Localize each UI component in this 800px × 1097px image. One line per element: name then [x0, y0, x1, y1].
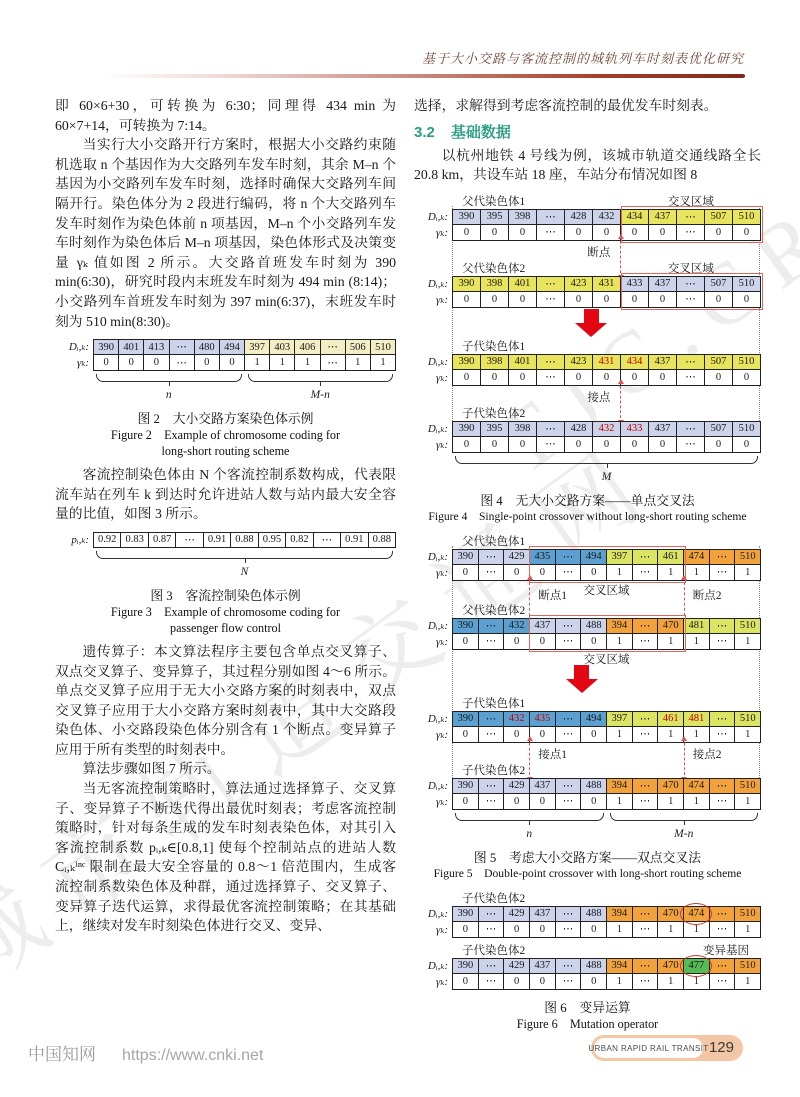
- gene-cell: ⋯: [710, 549, 736, 565]
- gene-cell: 488: [581, 958, 607, 974]
- row-label-column: Dᵢ,ₖ:γₖ:: [55, 339, 93, 371]
- chromosome-title-row: 子代染色体1: [414, 695, 761, 711]
- gene-cell: 0: [119, 355, 144, 371]
- gene-cell: 0: [705, 370, 733, 386]
- gene-cell: 0: [581, 922, 607, 938]
- gene-cell: 507: [705, 354, 733, 370]
- gene-cell: ⋯: [537, 421, 565, 437]
- chromosome-row: 390⋯429437⋯488394⋯470477⋯510: [452, 958, 761, 974]
- gene-cell: 1: [295, 355, 320, 371]
- gene-cell: 390: [452, 958, 479, 974]
- gene-cell: 0: [509, 370, 537, 386]
- gene-cell: 0: [649, 225, 677, 241]
- gene-cell: 0.92: [93, 532, 121, 548]
- brace-m-n: M-n: [607, 813, 762, 840]
- gene-cell: 1: [684, 727, 710, 743]
- gene-cell: 390: [452, 711, 479, 727]
- gene-cell: ⋯: [479, 549, 505, 565]
- chromosome-title-row: 父代染色体2: [414, 602, 761, 618]
- row-label: γₖ:: [414, 634, 452, 650]
- gene-cell: 480: [195, 339, 220, 355]
- gene-cell: 0: [733, 292, 761, 308]
- mutated-gene-label: 变异基因: [703, 942, 749, 958]
- gene-cell: 0: [452, 565, 479, 581]
- gene-cell: ⋯: [479, 922, 505, 938]
- gene-cell: ⋯: [479, 778, 505, 794]
- gene-cell: ⋯: [677, 421, 705, 437]
- row-label: Dᵢ,ₖ:: [414, 778, 452, 794]
- gene-cell: 431: [593, 276, 621, 292]
- body-paragraph: 客流控制染色体由 N 个客流控制系数构成，代表限流车站在列车 k 到达时允许进站…: [55, 465, 396, 524]
- gene-cell: 1: [270, 355, 295, 371]
- gene-cell: 0: [504, 634, 530, 650]
- gene-cell: ⋯: [479, 711, 505, 727]
- gene-cell: 1: [607, 565, 633, 581]
- cnki-site-name: 中国知网: [28, 1045, 96, 1064]
- chromosome-label: 子代染色体2: [462, 890, 525, 906]
- annotation-gap: 断点: [414, 241, 761, 260]
- gene-cell: 510: [735, 549, 761, 565]
- gene-cell: 0: [621, 437, 649, 453]
- chromosome-row: 000⋯00111⋯11: [93, 355, 396, 371]
- chromosome-label: 子代染色体1: [462, 695, 525, 711]
- gene-cell: 474: [684, 906, 710, 922]
- row-label: γₖ:: [414, 727, 452, 743]
- gene-cell: 395: [481, 209, 509, 225]
- gene-cell: 394: [607, 778, 633, 794]
- gene-cell: 0: [705, 225, 733, 241]
- gene-cell: ⋯: [710, 794, 736, 810]
- gene-cell: 390: [452, 618, 479, 634]
- chromosome-title-row: 父代染色体1 交叉区域: [414, 193, 761, 209]
- figure-caption: 图 6 变异运算 Figure 6 Mutation operator: [414, 997, 761, 1032]
- gene-cell: ⋯: [556, 974, 582, 990]
- big-down-arrow: [575, 309, 607, 337]
- row-label-column: Dᵢ,ₖ:γₖ:: [414, 778, 452, 810]
- gene-cell: 0: [593, 292, 621, 308]
- caption-en: Figure 3 Example of chromosome coding fo…: [55, 604, 396, 620]
- chromosome-table: Dᵢ,ₖ:γₖ:390⋯429437⋯488394⋯470474⋯5100⋯00…: [414, 778, 761, 810]
- annotation-gap: 接点1 接点2: [414, 743, 761, 762]
- gene-cell: 1: [607, 634, 633, 650]
- row-label: γₖ:: [414, 225, 452, 241]
- gene-cell: 510: [733, 354, 761, 370]
- brace-row: n M-n: [93, 374, 396, 401]
- gene-cell: 0: [530, 634, 556, 650]
- body-paragraph: 选择，求解得到考虑客流控制的最优发车时刻表。: [414, 96, 761, 116]
- gene-cell: 0: [481, 292, 509, 308]
- row-label: Dᵢ,ₖ:: [414, 958, 452, 974]
- gene-cells: 0.920.830.87⋯0.910.880.950.82⋯0.910.88: [93, 532, 396, 548]
- gene-cell: 1: [371, 355, 396, 371]
- gene-cell: 0: [733, 370, 761, 386]
- figure-caption: 图 3 客流控制染色体示例 Figure 3 Example of chromo…: [55, 585, 396, 636]
- gene-cell: 0: [581, 565, 607, 581]
- breakpoint2-label: 断点2: [693, 587, 722, 603]
- chromosome-row: 0⋯00⋯01⋯11⋯1: [452, 922, 761, 938]
- gene-cell: 474: [684, 549, 710, 565]
- body-paragraph: 以杭州地铁 4 号线为例，该城市轨道交通线路全长 20.8 km，共设车站 18…: [414, 146, 761, 185]
- gene-cell: 1: [346, 355, 371, 371]
- gene-cell: 0: [581, 974, 607, 990]
- gene-cell: ⋯: [556, 778, 582, 794]
- gene-cell: 1: [658, 565, 684, 581]
- row-label: Dᵢ,ₖ:: [414, 209, 452, 225]
- gene-cell: 403: [270, 339, 295, 355]
- gene-cell: 510: [733, 276, 761, 292]
- section-heading: 3.2基础数据: [414, 121, 761, 142]
- gene-cell: 494: [581, 549, 607, 565]
- gene-cell: 0: [705, 292, 733, 308]
- gene-cell: 437: [530, 778, 556, 794]
- caption-en: Figure 5 Double-point crossover with lon…: [414, 866, 761, 882]
- gene-cell: 435: [530, 711, 556, 727]
- figure-2: Dᵢ,ₖ:γₖ:390401413⋯480494397403406⋯506510…: [55, 339, 396, 459]
- gene-cell: ⋯: [710, 958, 736, 974]
- page: { "header": { "title": "基于大小交路与客流控制的城轨列车…: [0, 0, 800, 1097]
- brace-label: M-n: [248, 389, 394, 401]
- gene-cell: 423: [565, 276, 593, 292]
- chromosome-table: Dᵢ,ₖ:γₖ:390⋯432437⋯488394⋯470481⋯5100⋯00…: [414, 618, 761, 650]
- gene-cell: 510: [371, 339, 396, 355]
- caption-en: long-short routing scheme: [55, 443, 396, 459]
- row-label: γₖ:: [414, 974, 452, 990]
- gene-cell: 0: [195, 355, 220, 371]
- chromosome-title-row: 子代染色体2 变异基因: [414, 938, 761, 958]
- row-label: Dᵢ,ₖ:: [414, 711, 452, 727]
- figure-caption: 图 5 考虑大小交路方案——双点交叉法 Figure 5 Double-poin…: [414, 847, 761, 882]
- gene-cell: 437: [649, 276, 677, 292]
- row-label: Dᵢ,ₖ:: [414, 276, 452, 292]
- gene-cell: ⋯: [633, 549, 659, 565]
- gene-cell: 429: [504, 958, 530, 974]
- gene-cell: 395: [481, 421, 509, 437]
- row-label-column: Dᵢ,ₖ:γₖ:: [414, 421, 452, 453]
- mutation-circle: [680, 903, 712, 925]
- gene-cell: ⋯: [537, 225, 565, 241]
- gene-cell: ⋯: [556, 711, 582, 727]
- gene-cell: 435: [530, 549, 556, 565]
- gene-cell: 406: [295, 339, 320, 355]
- journal-badge: URBAN RAPID RAIL TRANSIT 129: [591, 1035, 743, 1061]
- crossover-arrow-row: [414, 665, 761, 695]
- gene-cell: 0: [581, 794, 607, 810]
- gene-cell: ⋯: [556, 618, 582, 634]
- gene-cell: ⋯: [710, 922, 736, 938]
- row-label-column: pᵢ,ₖ:: [55, 532, 93, 548]
- gene-cell: 0: [504, 794, 530, 810]
- gene-cell: 0: [649, 437, 677, 453]
- gene-cell: 0: [452, 974, 479, 990]
- brace-shape: [96, 551, 393, 559]
- gene-cell: 510: [735, 711, 761, 727]
- chromosome-row: 0⋯00⋯01⋯11⋯1: [452, 634, 761, 650]
- right-column: 选择，求解得到考虑客流控制的最优发车时刻表。 3.2基础数据 以杭州地铁 4 号…: [414, 96, 761, 1038]
- cnki-site-url[interactable]: https://www.cnki.net: [122, 1047, 263, 1064]
- gene-cell: 0: [530, 974, 556, 990]
- brace-label: n: [455, 828, 604, 840]
- crossover-region-label: 交叉区域: [668, 193, 714, 209]
- gene-cell: 0: [581, 634, 607, 650]
- gene-cell: ⋯: [633, 778, 659, 794]
- gene-cell: 390: [452, 354, 481, 370]
- gene-cells: 390⋯429437⋯488394⋯470477⋯5100⋯00⋯01⋯11⋯1: [452, 958, 761, 990]
- gene-cell: 481: [684, 711, 710, 727]
- gene-cell: ⋯: [677, 370, 705, 386]
- row-label-column: Dᵢ,ₖ:γₖ:: [414, 549, 452, 581]
- gene-cell: 0.88: [369, 532, 396, 548]
- gene-cell: 437: [530, 958, 556, 974]
- annotation-gap: 接点: [414, 386, 761, 405]
- gene-cell: 429: [504, 549, 530, 565]
- gene-cell: ⋯: [633, 634, 659, 650]
- figure-6: 子代染色体2 Dᵢ,ₖ:γₖ:390⋯429437⋯488394⋯470474⋯…: [414, 890, 761, 1032]
- gene-cell: 401: [119, 339, 144, 355]
- section-number: 3.2: [414, 124, 435, 141]
- gene-cell: 0: [452, 225, 481, 241]
- gene-cell: 1: [735, 794, 761, 810]
- body-paragraph: 遗传算子：本文算法程序主要包含单点交叉算子、双点交叉算子、变异算子，其过程分别如…: [55, 642, 396, 760]
- row-label: γₖ:: [414, 370, 452, 386]
- gene-cell: ⋯: [170, 355, 195, 371]
- gene-cell: ⋯: [633, 974, 659, 990]
- gene-cells: 390⋯432437⋯488394⋯470481⋯5100⋯00⋯01⋯11⋯1: [452, 618, 761, 650]
- breakpoint1-label: 断点1: [538, 587, 567, 603]
- gene-cell: 390: [452, 906, 479, 922]
- page-number: 129: [709, 1035, 734, 1061]
- row-label: Dᵢ,ₖ:: [414, 421, 452, 437]
- row-label: Dᵢ,ₖ:: [414, 618, 452, 634]
- chromosome-row: 000⋯0000⋯00: [452, 225, 761, 241]
- gene-cell: 1: [735, 727, 761, 743]
- gene-cell: 510: [735, 618, 761, 634]
- chromosome-row: 000⋯0000⋯00: [452, 437, 761, 453]
- gene-cell: 0: [581, 727, 607, 743]
- chromosome-label: 子代染色体2: [462, 405, 525, 421]
- gene-cell: ⋯: [556, 727, 582, 743]
- gene-cell: ⋯: [479, 618, 505, 634]
- chromosome-table: Dᵢ,ₖ:γₖ:390⋯432435⋯494397⋯461481⋯5100⋯00…: [414, 711, 761, 743]
- row-label-column: Dᵢ,ₖ:γₖ:: [414, 906, 452, 938]
- gene-cell: 510: [735, 778, 761, 794]
- caption-zh: 图 5 考虑大小交路方案——双点交叉法: [414, 847, 761, 866]
- row-label: γₖ:: [414, 922, 452, 938]
- gene-cell: ⋯: [633, 565, 659, 581]
- gene-cell: 433: [621, 276, 649, 292]
- gene-cell: ⋯: [537, 370, 565, 386]
- gene-cell: 1: [735, 565, 761, 581]
- chromosome-table: Dᵢ,ₖ:γₖ:390⋯429435⋯494397⋯461474⋯5100⋯00…: [414, 549, 761, 581]
- gene-cell: 0: [593, 370, 621, 386]
- gene-cell: ⋯: [556, 906, 582, 922]
- gene-cell: 0: [565, 292, 593, 308]
- caption-zh: 图 2 大小交路方案染色体示例: [55, 408, 396, 427]
- gene-cell: 0: [481, 437, 509, 453]
- gene-cell: 1: [607, 794, 633, 810]
- row-label: pᵢ,ₖ:: [55, 532, 93, 548]
- chromosome-row: 0.920.830.87⋯0.910.880.950.82⋯0.910.88: [93, 532, 396, 548]
- journal-name: URBAN RAPID RAIL TRANSIT: [588, 1044, 708, 1053]
- chromosome-title-row: 子代染色体1: [414, 338, 761, 354]
- header-rule: [100, 74, 745, 78]
- gene-cells: 390⋯429435⋯494397⋯461474⋯5100⋯00⋯01⋯11⋯1: [452, 549, 761, 581]
- gene-cell: 397: [607, 711, 633, 727]
- gene-cell: 398: [509, 209, 537, 225]
- chromosome-row: 390398401⋯423431433437⋯507510: [452, 276, 761, 292]
- gene-cell: ⋯: [479, 906, 505, 922]
- gene-cells: 390395398⋯428432433437⋯507510000⋯0000⋯00: [452, 421, 761, 453]
- gene-cell: 507: [705, 421, 733, 437]
- gene-cell: 398: [509, 421, 537, 437]
- gene-cells: 390401413⋯480494397403406⋯506510000⋯0011…: [93, 339, 396, 371]
- gene-cell: 0: [504, 922, 530, 938]
- chromosome-label: 父代染色体1: [462, 533, 525, 549]
- gene-cell: ⋯: [556, 565, 582, 581]
- gene-cell: ⋯: [710, 778, 736, 794]
- gene-cell: ⋯: [710, 565, 736, 581]
- gene-cell: 0: [452, 370, 481, 386]
- brace-n: n: [93, 374, 245, 401]
- gene-cell: 428: [565, 421, 593, 437]
- gene-cell: 390: [452, 549, 479, 565]
- gene-cell: 506: [346, 339, 371, 355]
- gene-cell: 397: [245, 339, 270, 355]
- left-column: 即 60×6+30，可转换为 6:30；同理得 434 min 为 60×7+1…: [55, 96, 396, 936]
- gene-cell: 0: [733, 437, 761, 453]
- chromosome-table: Dᵢ,ₖ:γₖ:390395398⋯428432434437⋯507510000…: [414, 209, 761, 241]
- brace-shape: [455, 813, 604, 821]
- row-label-column: Dᵢ,ₖ:γₖ:: [414, 958, 452, 990]
- chromosome-table: pᵢ,ₖ:0.920.830.87⋯0.910.880.950.82⋯0.910…: [55, 532, 396, 548]
- gene-cell: 507: [705, 276, 733, 292]
- gene-cell: 437: [530, 906, 556, 922]
- brace-row: N: [93, 551, 396, 578]
- gene-cell: ⋯: [633, 794, 659, 810]
- gene-cell: 0.83: [121, 532, 148, 548]
- gene-cell: ⋯: [479, 974, 505, 990]
- gene-cell: 477: [684, 958, 710, 974]
- gene-cell: 0: [452, 437, 481, 453]
- gene-cell: ⋯: [537, 354, 565, 370]
- gene-cell: 437: [649, 354, 677, 370]
- gene-cell: 0: [509, 292, 537, 308]
- gene-cell: ⋯: [677, 209, 705, 225]
- chromosome-row: 390395398⋯428432433437⋯507510: [452, 421, 761, 437]
- gene-cell: 0.91: [341, 532, 368, 548]
- crossover-region-label: 交叉区域: [668, 260, 714, 276]
- gene-cell: 1: [658, 974, 684, 990]
- gene-cell: 0.88: [231, 532, 258, 548]
- chromosome-title-row: 子代染色体2: [414, 762, 761, 778]
- gene-cell: ⋯: [677, 292, 705, 308]
- gene-cell: 0: [565, 437, 593, 453]
- gene-cell: 423: [565, 354, 593, 370]
- gene-cell: ⋯: [556, 922, 582, 938]
- figure-4: 父代染色体1 交叉区域 Dᵢ,ₖ:γₖ:390395398⋯4284324344…: [414, 193, 761, 525]
- gene-cell: 510: [735, 958, 761, 974]
- chromosome-row: 390401413⋯480494397403406⋯506510: [93, 339, 396, 355]
- gene-cell: 0: [452, 634, 479, 650]
- gene-cell: ⋯: [677, 276, 705, 292]
- gene-cell: 461: [658, 711, 684, 727]
- gene-cell: 0: [504, 974, 530, 990]
- gene-cell: 432: [593, 421, 621, 437]
- row-label: γₖ:: [414, 437, 452, 453]
- gene-cell: ⋯: [556, 634, 582, 650]
- gene-cell: 394: [607, 618, 633, 634]
- gene-cell: 1: [684, 794, 710, 810]
- caption-en: passenger flow control: [55, 620, 396, 636]
- gene-cell: 494: [220, 339, 245, 355]
- row-label-column: Dᵢ,ₖ:γₖ:: [414, 711, 452, 743]
- chromosome-table: Dᵢ,ₖ:γₖ:390401413⋯480494397403406⋯506510…: [55, 339, 396, 371]
- gene-cell: 0.87: [149, 532, 176, 548]
- cnki-footer: 中国知网https://www.cnki.net: [28, 1040, 263, 1065]
- gene-cell: ⋯: [633, 906, 659, 922]
- gene-cell: 0: [144, 355, 169, 371]
- caption-en: Figure 2 Example of chromosome coding fo…: [55, 427, 396, 443]
- gene-cell: ⋯: [321, 355, 346, 371]
- gene-cell: 0: [705, 437, 733, 453]
- gene-cell: 390: [93, 339, 119, 355]
- gene-cell: 470: [658, 618, 684, 634]
- gene-cell: ⋯: [710, 618, 736, 634]
- gene-cells: 390398401⋯423431434437⋯507510000⋯0000⋯00: [452, 354, 761, 386]
- gene-cell: 488: [581, 618, 607, 634]
- gene-cell: 0: [649, 370, 677, 386]
- gene-cell: 1: [658, 794, 684, 810]
- gene-cell: ⋯: [633, 711, 659, 727]
- gene-cells: 390398401⋯423431433437⋯507510000⋯0000⋯00: [452, 276, 761, 308]
- gene-cell: 390: [452, 421, 481, 437]
- gene-cell: 0: [621, 370, 649, 386]
- chromosome-title-row: 父代染色体1: [414, 533, 761, 549]
- gene-cell: 390: [452, 209, 481, 225]
- gene-cell: ⋯: [314, 532, 341, 548]
- gene-cells: 390395398⋯428432434437⋯507510000⋯0000⋯00: [452, 209, 761, 241]
- brace-n: n: [452, 813, 607, 840]
- annotation-gap: 断点1 交叉区域 断点2: [414, 581, 761, 602]
- gene-cell: 0: [530, 922, 556, 938]
- running-title: 基于大小交路与客流控制的城轨列车时刻表优化研究: [422, 48, 744, 67]
- chromosome-table: Dᵢ,ₖ:γₖ:390⋯429437⋯488394⋯470474⋯5100⋯00…: [414, 906, 761, 938]
- brace-m-n: M-n: [245, 374, 397, 401]
- gene-cells: 390⋯429437⋯488394⋯470474⋯5100⋯00⋯01⋯11⋯1: [452, 778, 761, 810]
- crossover-arrow-row: [414, 308, 761, 338]
- section-title: 基础数据: [451, 124, 511, 141]
- chromosome-row: 0⋯00⋯01⋯11⋯1: [452, 565, 761, 581]
- gene-cell: 437: [649, 421, 677, 437]
- brace-M: M: [452, 456, 761, 483]
- gene-cell: ⋯: [710, 974, 736, 990]
- chromosome-label: 父代染色体2: [462, 602, 525, 618]
- gene-cell: 494: [581, 711, 607, 727]
- chromosome-row: 0⋯00⋯01⋯11⋯1: [452, 974, 761, 990]
- gene-cell: ⋯: [479, 565, 505, 581]
- gene-cell: 433: [621, 421, 649, 437]
- gene-cell: 488: [581, 906, 607, 922]
- gene-cell: ⋯: [677, 437, 705, 453]
- brace-row: n M-n: [452, 813, 761, 840]
- gene-cell: ⋯: [170, 339, 195, 355]
- gene-cell: 510: [733, 421, 761, 437]
- row-label-column: Dᵢ,ₖ:γₖ:: [414, 276, 452, 308]
- brace-shape: [96, 374, 242, 382]
- gene-cell: 0: [509, 225, 537, 241]
- row-label-column: Dᵢ,ₖ:γₖ:: [414, 618, 452, 650]
- gene-cell: 1: [607, 974, 633, 990]
- gene-cell: 0: [452, 922, 479, 938]
